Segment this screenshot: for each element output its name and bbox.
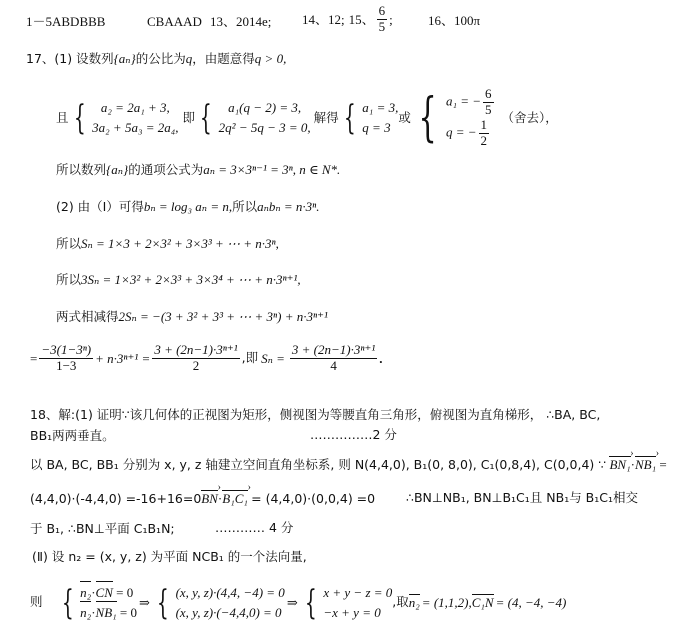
p17-sn: 所以Sₙ = 1×3 + 2×3² + 3×3³ + ⋯ + n·3ⁿ, [56,237,279,251]
p18-line2: BB₁两两垂直。 [30,429,115,443]
answer-line: 1－5ABDBBB [26,15,105,28]
p18-part2-intro: (Ⅱ) 设 n₂ = (x, y, z) 为平面 NCB₁ 的一个法向量, [32,551,307,564]
p18-score-2: ……………2 分 [310,429,397,442]
equation-system-1: { a₂ = 2a₁ + 3,3a₂ + 5a₃ = 2a₄, [69,98,179,137]
brace-icon: { [200,101,212,135]
p17-part2: (2) 由（Ⅰ）可得bₙ = log₃ aₙ = n,所以aₙbₙ = n·3ⁿ… [56,200,320,214]
brace-icon: { [418,92,436,144]
p18-line4-conclusion: ∴BN⊥NB₁, BN⊥B₁C₁且 NB₁与 B₁C₁相交 [406,492,638,505]
p17-intro: 17、(1) 设数列{aₙ}的公比为q，由题意得q > 0, [26,52,286,66]
brace-icon: { [61,586,73,620]
equation-system-5: { n₂·CN = 0 n₂·NB₁ = 0 [57,583,138,622]
answer-q15-tail: ; [389,13,393,26]
answer-choice-1-5: 1－5ABDBBB [26,14,105,29]
p17-3sn: 所以3Sₙ = 1×3² + 2×3³ + 3×3⁴ + ⋯ + n·3ⁿ⁺¹, [56,273,301,287]
p18-line3: 以 BA, BC, BB₁ 分别为 x, y, z 轴建立空间直角坐标系, 则 … [30,458,667,472]
equation-system-3: { a₁ = 3,q = 3 [339,98,399,137]
answer-q13-wrap: 13、2014e; [210,15,271,28]
answer-q16: 16、100π [428,13,480,28]
brace-icon: { [73,101,85,135]
p18-line1: 18、解:(1) 证明∵该几何体的正视图为矩形，侧视图为等腰直角三角形，俯视图为… [30,409,600,422]
p18-score-4: ………… 4 分 [215,522,293,535]
brace-icon: { [344,101,356,135]
equation-system-2: { a₁(q − 2) = 3,2q² − 5q − 3 = 0, [195,98,311,137]
equation-system-6: { (x, y, z)·(4,4, −4) = 0(x, y, z)·(−4,4… [152,583,285,622]
fraction: 3 + (2n−1)·3ⁿ⁺¹2 [152,343,239,374]
p17-systems: 且 { a₂ = 2a₁ + 3,3a₂ + 5a₃ = 2a₄, 即 { a₁… [56,87,558,149]
answer-q15-label: 15、 [349,13,375,26]
answer-choice-6-10: CBAAAD [147,14,202,29]
answer-q16-wrap: 16、100π [428,14,480,27]
p17-general-term: 所以数列{aₙ}的通项公式为aₙ = 3×3ⁿ⁻¹ = 3ⁿ, n ∈ N*. [56,163,340,177]
p18-line4: (4,4,0)·(-4,4,0) =-16+16=0BN·B₁C₁ = (4,4… [30,492,375,506]
answer-q14-15-wrap: 14、12; 15、 6 5 ; [302,4,393,35]
answer-q15-fraction: 6 5 [377,4,388,35]
fraction: −3(1−3ⁿ)1−3 [39,343,93,374]
p17-final: = −3(1−3ⁿ)1−3 + n·3ⁿ⁺¹ = 3 + (2n−1)·3ⁿ⁺¹… [30,343,382,374]
answer-choice-6-10-wrap: CBAAAD [147,15,202,28]
brace-icon: { [157,586,169,620]
answer-q14: 14、12; [302,13,345,26]
p18-normal-vector-systems: 则 { n₂·CN = 0 n₂·NB₁ = 0 ⇒ { (x, y, z)·(… [30,583,566,622]
brace-icon: { [305,586,317,620]
p17-subtract: 两式相减得2Sₙ = −(3 + 3² + 3³ + ⋯ + 3ⁿ) + n·3… [56,310,328,324]
fraction: 3 + (2n−1)·3ⁿ⁺¹4 [290,343,377,374]
p18-line5: 于 B₁, ∴BN⊥平面 C₁B₁N; [30,522,175,536]
answer-q13: 13、2014e; [210,14,271,29]
equation-system-4: { a₁ = −65 q = −12 [411,87,496,149]
equation-system-7: { x + y − z = 0−x + y = 0 [300,583,393,622]
